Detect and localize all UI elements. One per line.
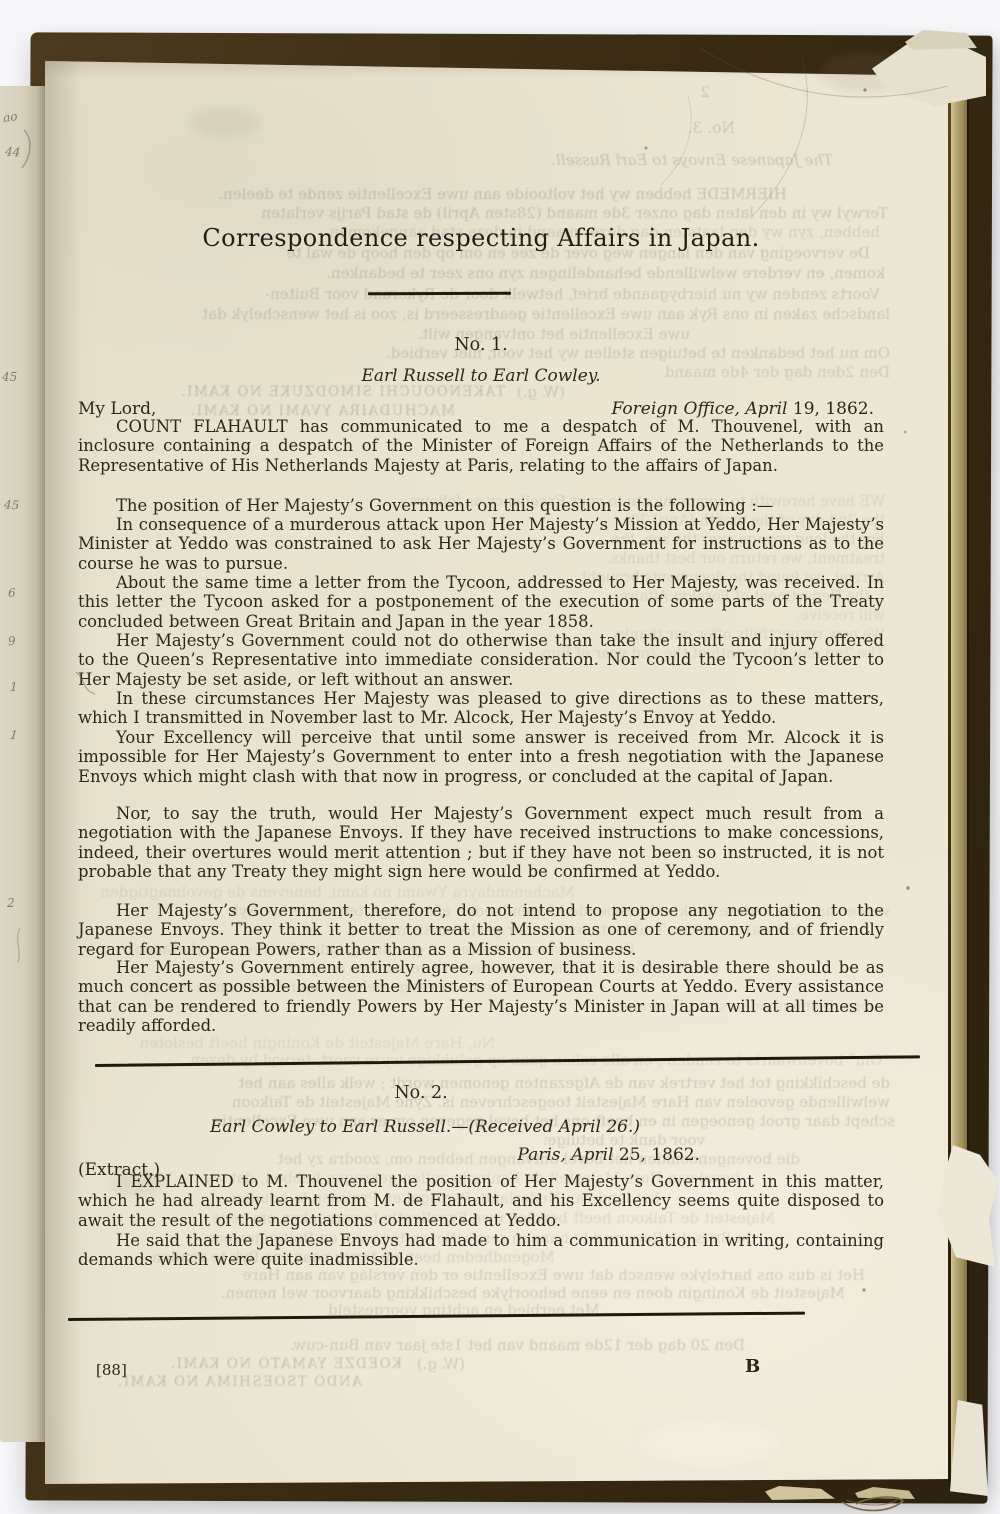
- section-divider-rule: [95, 1055, 920, 1066]
- footer-divider-rule: [68, 1312, 805, 1321]
- letter1-paragraph: The position of Her Majesty’s Government…: [78, 496, 884, 515]
- letter1-paragraph: Her Majesty’s Government, therefore, do …: [78, 901, 884, 959]
- letter2-heading: Earl Cowley to Earl Russell.—(Received A…: [78, 1117, 884, 1137]
- letter1-paragraph: In consequence of a murderous attack upo…: [78, 515, 884, 573]
- letter2-paragraph: He said that the Japanese Envoys had mad…: [78, 1231, 884, 1270]
- letter1-paragraph: Her Majesty’s Government entirely agree,…: [78, 958, 884, 1036]
- letter1-paragraph: About the same time a letter from the Ty…: [78, 573, 884, 631]
- letter1-paragraph: Your Excellency will perceive that until…: [78, 728, 884, 786]
- book-photo: 2No. 3.The Japanese Envoys to Earl Russe…: [0, 0, 1000, 1514]
- letter1-paragraph: Her Majesty’s Government could not do ot…: [78, 631, 884, 689]
- letter1-paragraph: COUNT FLAHAULT has communicated to me a …: [78, 417, 884, 475]
- letter1-paragraph: In these circumstances Her Majesty was p…: [78, 689, 884, 728]
- letter1-paragraph: Nor, to say the truth, would Her Majesty…: [78, 804, 884, 882]
- page-title: Correspondence respecting Affairs in Jap…: [78, 224, 884, 252]
- signature-mark: [88]: [96, 1361, 127, 1379]
- letter2-number: No. 2.: [78, 1083, 884, 1103]
- letter1-heading: Earl Russell to Earl Cowley.: [78, 366, 884, 386]
- press-figure: B: [745, 1356, 760, 1377]
- letter1-salutation: My Lord,: [78, 399, 156, 419]
- title-divider-rule: [368, 292, 511, 295]
- letter1-dateline: Foreign Office, April 19, 1862.: [612, 399, 884, 419]
- letter1-dateline-year: 19, 1862.: [793, 399, 874, 419]
- letter1-number: No. 1.: [78, 335, 884, 355]
- letter2-paragraph: I EXPLAINED to M. Thouvenel the position…: [78, 1172, 884, 1230]
- printed-text-layer: Correspondence respecting Affairs in Jap…: [0, 0, 1000, 1514]
- letter1-dateline-place: Foreign Office, April: [612, 399, 788, 419]
- letter1-salutation-row: My Lord, Foreign Office, April 19, 1862.: [78, 399, 884, 419]
